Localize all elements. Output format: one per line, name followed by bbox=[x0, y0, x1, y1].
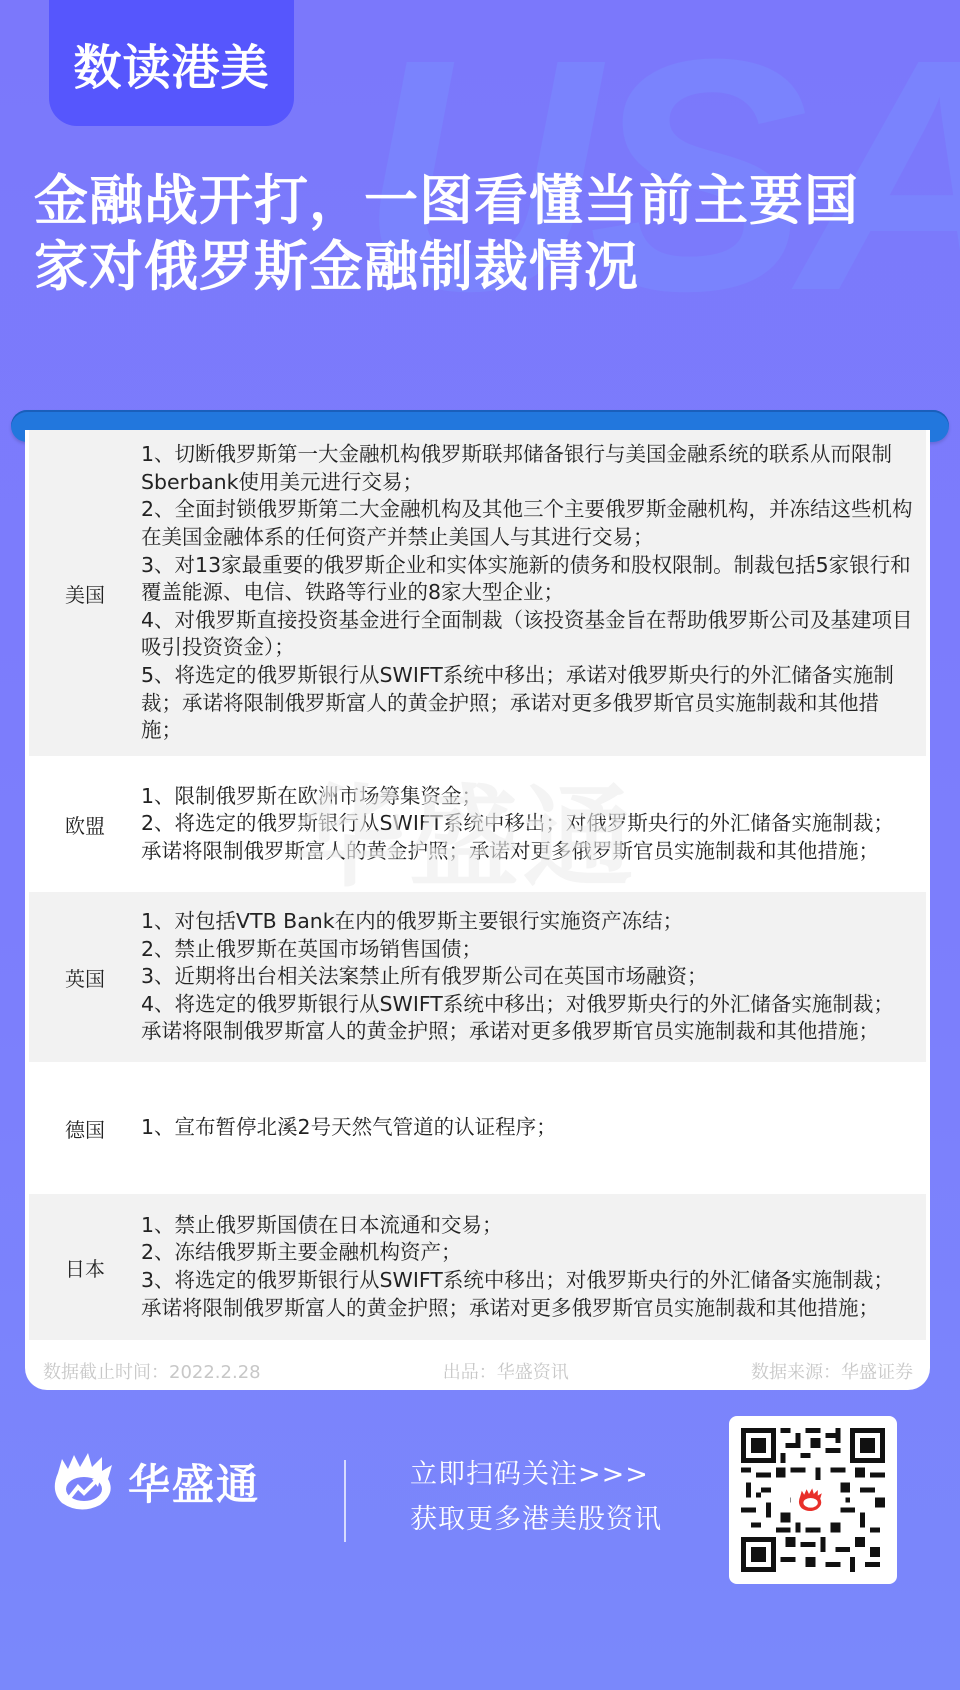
page-title: 金融战开打，一图看懂当前主要国 家对俄罗斯金融制裁情况 bbox=[34, 168, 914, 300]
sanction-items: 1、禁止俄罗斯国债在日本流通和交易； 2、冻结俄罗斯主要金融机构资产； 3、将选… bbox=[141, 1212, 926, 1322]
producer-credit: 出品：华盛资讯 bbox=[443, 1358, 569, 1384]
call-to-action: 立即扫码关注>>> 获取更多港美股资讯 bbox=[410, 1452, 662, 1542]
sanction-item: 4、对俄罗斯直接投资基金进行全面制裁（该投资基金旨在帮助俄罗斯公司及基建项目吸引… bbox=[141, 607, 914, 662]
sanction-item: 2、全面封锁俄罗斯第二大金融机构及其他三个主要俄罗斯金融机构，并冻结这些机构在美… bbox=[141, 496, 914, 551]
sanctions-card: 美国 1、切断俄罗斯第一大金融机构俄罗斯联邦储备银行与美国金融系统的联系从而限制… bbox=[25, 430, 930, 1390]
sanction-item: 1、宣布暂停北溪2号天然气管道的认证程序； bbox=[141, 1114, 914, 1142]
qr-code-icon bbox=[741, 1428, 885, 1572]
sanction-items: 1、限制俄罗斯在欧洲市场筹集资金； 2、将选定的俄罗斯银行从SWIFT系统中移出… bbox=[141, 783, 926, 866]
brand-tag: 数读港美 bbox=[49, 0, 294, 126]
footer-note: 数据截止时间：2022.2.28 出品：华盛资讯 数据来源：华盛证券 bbox=[43, 1358, 913, 1384]
sanction-item: 3、对13家最重要的俄罗斯企业和实体实施新的债务和股权限制。制裁包括5家银行和覆… bbox=[141, 552, 914, 607]
country-label: 德国 bbox=[29, 1114, 141, 1143]
sanction-items: 1、对包括VTB Bank在内的俄罗斯主要银行实施资产冻结； 2、禁止俄罗斯在英… bbox=[141, 908, 926, 1046]
table-row-uk: 英国 1、对包括VTB Bank在内的俄罗斯主要银行实施资产冻结； 2、禁止俄罗… bbox=[29, 892, 926, 1062]
sanction-item: 1、限制俄罗斯在欧洲市场筹集资金； bbox=[141, 783, 914, 811]
qr-logo-icon bbox=[791, 1480, 831, 1520]
cta-line-2: 获取更多港美股资讯 bbox=[410, 1497, 662, 1542]
sanction-items: 1、宣布暂停北溪2号天然气管道的认证程序； bbox=[141, 1114, 926, 1142]
sanction-item: 5、将选定的俄罗斯银行从SWIFT系统中移出；承诺对俄罗斯央行的外汇储备实施制裁… bbox=[141, 662, 914, 745]
table-row-eu: 欧盟 1、限制俄罗斯在欧洲市场筹集资金； 2、将选定的俄罗斯银行从SWIFT系统… bbox=[29, 756, 926, 892]
table-row-usa: 美国 1、切断俄罗斯第一大金融机构俄罗斯联邦储备银行与美国金融系统的联系从而限制… bbox=[29, 430, 926, 756]
table-row-japan: 日本 1、禁止俄罗斯国债在日本流通和交易； 2、冻结俄罗斯主要金融机构资产； 3… bbox=[29, 1194, 926, 1340]
sanction-item: 1、禁止俄罗斯国债在日本流通和交易； bbox=[141, 1212, 914, 1240]
country-label: 美国 bbox=[29, 579, 141, 608]
sanction-item: 2、禁止俄罗斯在英国市场销售国债； bbox=[141, 936, 914, 964]
title-line-1: 金融战开打，一图看懂当前主要国 bbox=[34, 168, 914, 234]
sanction-item: 3、近期将出台相关法案禁止所有俄罗斯公司在英国市场融资； bbox=[141, 963, 914, 991]
huashengtong-logo: 华盛通 bbox=[50, 1452, 260, 1512]
sanction-item: 2、将选定的俄罗斯银行从SWIFT系统中移出；对俄罗斯央行的外汇储备实施制裁；承… bbox=[141, 810, 914, 865]
data-cutoff-date: 数据截止时间：2022.2.28 bbox=[43, 1358, 261, 1384]
cta-line-1: 立即扫码关注>>> bbox=[410, 1452, 662, 1497]
title-line-2: 家对俄罗斯金融制裁情况 bbox=[34, 234, 914, 300]
qr-code[interactable] bbox=[729, 1416, 897, 1584]
bottom-banner: 华盛通 立即扫码关注>>> 获取更多港美股资讯 bbox=[0, 1400, 960, 1600]
sanction-items: 1、切断俄罗斯第一大金融机构俄罗斯联邦储备银行与美国金融系统的联系从而限制Sbe… bbox=[141, 441, 926, 745]
country-label: 英国 bbox=[29, 963, 141, 992]
sanction-item: 2、冻结俄罗斯主要金融机构资产； bbox=[141, 1239, 914, 1267]
country-label: 日本 bbox=[29, 1253, 141, 1282]
country-label: 欧盟 bbox=[29, 810, 141, 839]
sanction-item: 3、将选定的俄罗斯银行从SWIFT系统中移出；对俄罗斯央行的外汇储备实施制裁；承… bbox=[141, 1267, 914, 1322]
vertical-divider bbox=[344, 1460, 346, 1542]
sanctions-table: 美国 1、切断俄罗斯第一大金融机构俄罗斯联邦储备银行与美国金融系统的联系从而限制… bbox=[29, 430, 926, 1340]
table-row-germany: 德国 1、宣布暂停北溪2号天然气管道的认证程序； bbox=[29, 1062, 926, 1194]
logo-text: 华盛通 bbox=[128, 1452, 260, 1512]
sanction-item: 4、将选定的俄罗斯银行从SWIFT系统中移出；对俄罗斯央行的外汇储备实施制裁；承… bbox=[141, 991, 914, 1046]
sanction-item: 1、切断俄罗斯第一大金融机构俄罗斯联邦储备银行与美国金融系统的联系从而限制Sbe… bbox=[141, 441, 914, 496]
sunburst-logo-icon bbox=[50, 1453, 120, 1511]
sanction-item: 1、对包括VTB Bank在内的俄罗斯主要银行实施资产冻结； bbox=[141, 908, 914, 936]
data-source: 数据来源：华盛证券 bbox=[751, 1358, 913, 1384]
